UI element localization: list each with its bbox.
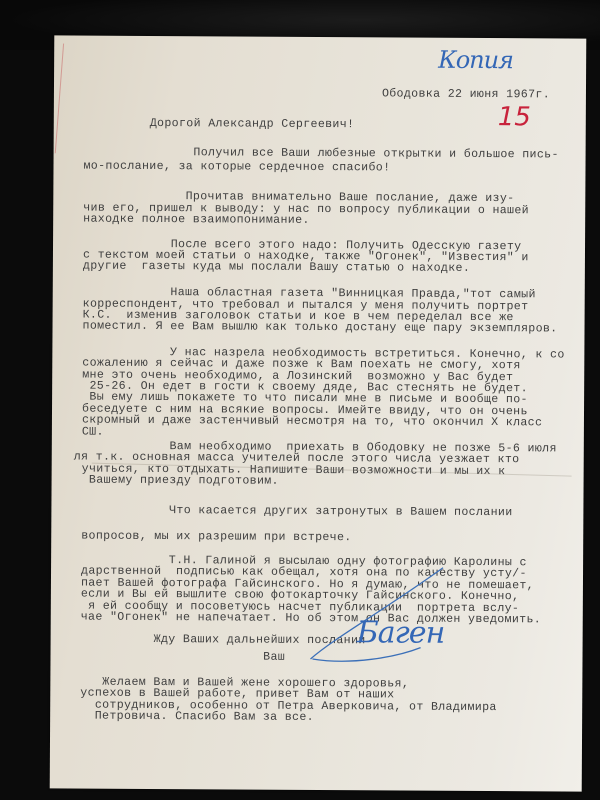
letter-line: Получил все Ваши любезные открытки и бол… xyxy=(150,146,559,161)
letter-line: Вашему приезду подготовим. xyxy=(82,474,279,488)
page-number-annotation: 15 xyxy=(498,102,531,132)
letter-line: другие газеты куда мы послали Вашу стать… xyxy=(83,260,470,275)
letter-line: вопросов, мы их разрешим при встрече. xyxy=(81,530,351,545)
letter-line: Что касается других затронутых в Вашем п… xyxy=(81,504,512,520)
place-date: Ободовка 22 июня 1967г. xyxy=(382,87,550,101)
letter-line: поместил. Я ее Вам вышлю как только дост… xyxy=(82,320,557,336)
salutation: Дорогой Александр Сергеевич! xyxy=(150,117,355,131)
letter-line: чае "Огонек" не напечатает. Но об этом о… xyxy=(81,611,541,627)
letter-line: Ваш xyxy=(80,650,285,664)
typed-letter-page: Копия 15 Ободовка 22 июня 1967г. Дорогой… xyxy=(50,35,587,791)
letter-line: мо-послание, за которые сердечное спасиб… xyxy=(83,160,390,175)
handwritten-copy-annotation: Копия xyxy=(438,46,513,74)
signature: Баген xyxy=(357,615,445,651)
letter-line: находке полное взаимопонимание. xyxy=(83,213,310,227)
letter-line: СШ. xyxy=(82,426,104,439)
letter-line: Петровича. Спасибо Вам за все. xyxy=(80,710,314,724)
letter-line: скромный и даже застенчивый несмотря на … xyxy=(82,414,542,430)
letter-line: Жду Ваших дальнейших послании xyxy=(81,633,366,648)
